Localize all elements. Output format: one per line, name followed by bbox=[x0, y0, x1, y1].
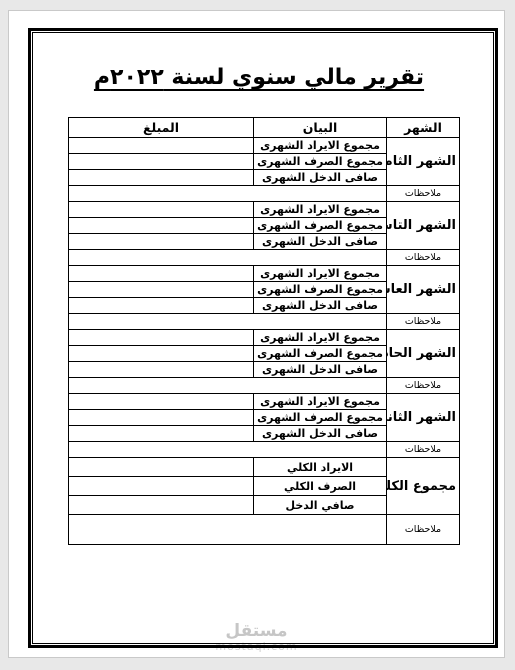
notes-value-cell[interactable] bbox=[69, 442, 387, 458]
amount-cell[interactable] bbox=[69, 477, 254, 496]
month-column-header: الشهر bbox=[387, 118, 460, 138]
amount-cell[interactable] bbox=[69, 298, 254, 314]
notes-label-cell: ملاحظات bbox=[387, 515, 460, 545]
notes-value-cell[interactable] bbox=[69, 378, 387, 394]
statement-cell: صافي الدخل bbox=[254, 496, 387, 515]
amount-cell[interactable] bbox=[69, 394, 254, 410]
notes-row: ملاحظات bbox=[69, 314, 460, 330]
notes-value-cell[interactable] bbox=[69, 186, 387, 202]
amount-cell[interactable] bbox=[69, 234, 254, 250]
app-viewport: تقرير مالي سنوي لسنة ٢٠٢٢م الشهر البيان … bbox=[0, 0, 515, 670]
statement-cell: مجموع الصرف الشهرى bbox=[254, 282, 387, 298]
month-cell: الشهر الحادي عشر bbox=[387, 330, 460, 378]
month-cell: الشهر التاسع bbox=[387, 202, 460, 250]
notes-label-cell: ملاحظات bbox=[387, 314, 460, 330]
table-row: الشهر العاشرمجموع الايراد الشهرى bbox=[69, 266, 460, 282]
statement-cell: الصرف الكلي bbox=[254, 477, 387, 496]
amount-cell[interactable] bbox=[69, 266, 254, 282]
statement-cell: صافى الدخل الشهرى bbox=[254, 362, 387, 378]
month-cell: الشهر الثاني عشر bbox=[387, 394, 460, 442]
notes-value-cell[interactable] bbox=[69, 515, 387, 545]
statement-cell: مجموع الصرف الشهرى bbox=[254, 154, 387, 170]
amount-cell[interactable] bbox=[69, 154, 254, 170]
amount-cell[interactable] bbox=[69, 138, 254, 154]
amount-cell[interactable] bbox=[69, 330, 254, 346]
notes-row: ملاحظات bbox=[69, 250, 460, 266]
notes-value-cell[interactable] bbox=[69, 250, 387, 266]
table-header-row: الشهر البيان المبلغ bbox=[69, 118, 460, 138]
statement-cell: مجموع الايراد الشهرى bbox=[254, 394, 387, 410]
notes-label-cell: ملاحظات bbox=[387, 250, 460, 266]
amount-cell[interactable] bbox=[69, 362, 254, 378]
notes-label-cell: ملاحظات bbox=[387, 186, 460, 202]
statement-cell: مجموع الصرف الشهرى bbox=[254, 410, 387, 426]
statement-cell: صافى الدخل الشهرى bbox=[254, 170, 387, 186]
statement-cell: مجموع الايراد الشهرى bbox=[254, 330, 387, 346]
month-cell: الشهر العاشر bbox=[387, 266, 460, 314]
amount-column-header: المبلغ bbox=[69, 118, 254, 138]
document-page: تقرير مالي سنوي لسنة ٢٠٢٢م الشهر البيان … bbox=[8, 10, 505, 658]
amount-cell[interactable] bbox=[69, 202, 254, 218]
amount-cell[interactable] bbox=[69, 410, 254, 426]
table-row: الشهر الثاني عشرمجموع الايراد الشهرى bbox=[69, 394, 460, 410]
report-table-body: الشهر الثامنمجموع الايراد الشهرىمجموع ال… bbox=[69, 138, 460, 545]
table-row: الشهر الثامنمجموع الايراد الشهرى bbox=[69, 138, 460, 154]
amount-cell[interactable] bbox=[69, 170, 254, 186]
amount-cell[interactable] bbox=[69, 496, 254, 515]
notes-row: ملاحظات bbox=[69, 442, 460, 458]
notes-value-cell[interactable] bbox=[69, 314, 387, 330]
watermark: مستقل mostaql.com bbox=[215, 623, 297, 652]
table-row: الشهر الحادي عشرمجموع الايراد الشهرى bbox=[69, 330, 460, 346]
notes-row: ملاحظات bbox=[69, 515, 460, 545]
notes-label-cell: ملاحظات bbox=[387, 442, 460, 458]
watermark-brand: مستقل bbox=[215, 623, 297, 641]
amount-cell[interactable] bbox=[69, 426, 254, 442]
notes-row: ملاحظات bbox=[69, 378, 460, 394]
report-title: تقرير مالي سنوي لسنة ٢٠٢٢م bbox=[39, 65, 479, 90]
notes-row: ملاحظات bbox=[69, 186, 460, 202]
watermark-domain: mostaql.com bbox=[215, 641, 297, 653]
report-table: الشهر البيان المبلغ الشهر الثامنمجموع ال… bbox=[68, 117, 460, 545]
statement-cell: مجموع الايراد الشهرى bbox=[254, 266, 387, 282]
statement-cell: مجموع الايراد الشهرى bbox=[254, 138, 387, 154]
statement-cell: صافى الدخل الشهرى bbox=[254, 234, 387, 250]
notes-label-cell: ملاحظات bbox=[387, 378, 460, 394]
table-row: مجموع الكلي للسنةالايراد الكلي bbox=[69, 458, 460, 477]
statement-cell: الايراد الكلي bbox=[254, 458, 387, 477]
amount-cell[interactable] bbox=[69, 282, 254, 298]
statement-column-header: البيان bbox=[254, 118, 387, 138]
statement-cell: مجموع الايراد الشهرى bbox=[254, 202, 387, 218]
amount-cell[interactable] bbox=[69, 458, 254, 477]
statement-cell: مجموع الصرف الشهرى bbox=[254, 346, 387, 362]
month-cell: مجموع الكلي للسنة bbox=[387, 458, 460, 515]
table-row: الشهر التاسعمجموع الايراد الشهرى bbox=[69, 202, 460, 218]
amount-cell[interactable] bbox=[69, 218, 254, 234]
amount-cell[interactable] bbox=[69, 346, 254, 362]
statement-cell: صافى الدخل الشهرى bbox=[254, 426, 387, 442]
month-cell: الشهر الثامن bbox=[387, 138, 460, 186]
statement-cell: صافى الدخل الشهرى bbox=[254, 298, 387, 314]
statement-cell: مجموع الصرف الشهرى bbox=[254, 218, 387, 234]
